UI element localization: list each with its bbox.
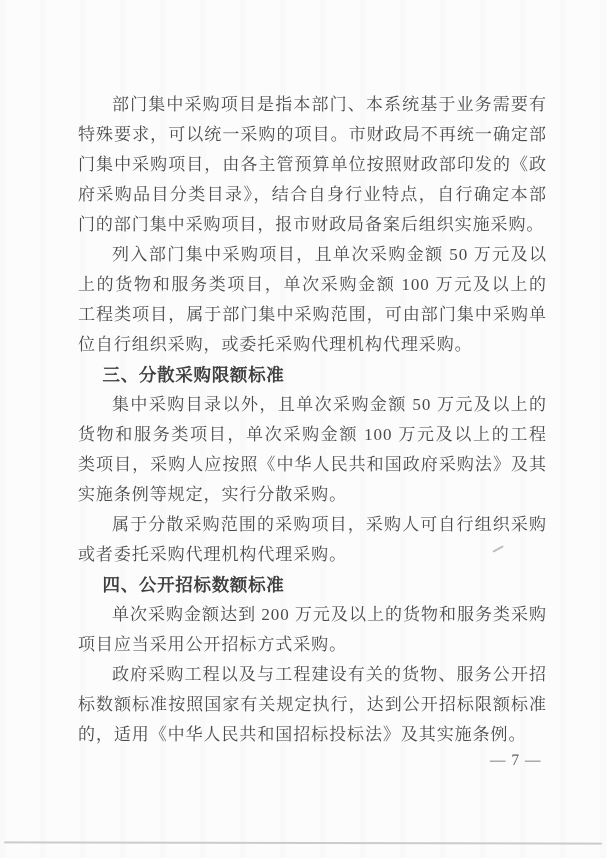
document-body: 部门集中采购项目是指本部门、本系统基于业务需要有特殊要求，可以统一采购的项目。市… [78, 90, 547, 750]
doc-paragraph: 列入部门集中采购项目，且单次采购金额 50 万元及以上的货物和服务类项目，单次采… [78, 240, 547, 360]
page-edge-shadow [4, 841, 602, 844]
doc-paragraph: 部门集中采购项目是指本部门、本系统基于业务需要有特殊要求，可以统一采购的项目。市… [78, 90, 547, 240]
page-number: — 7 — [490, 752, 542, 770]
section-heading-3: 三、分散采购限额标准 [78, 360, 547, 390]
section-heading-4: 四、公开招标数额标准 [78, 570, 547, 600]
doc-paragraph: 单次采购金额达到 200 万元及以上的货物和服务类采购项目应当采用公开招标方式采… [78, 600, 547, 660]
scanned-document-page: { "page": { "number_label": "— 7 —" }, "… [0, 0, 607, 858]
doc-paragraph: 集中采购目录以外，且单次采购金额 50 万元及以上的货物和服务类项目，单次采购金… [78, 390, 547, 510]
doc-paragraph: 属于分散采购范围的采购项目，采购人可自行组织采购或者委托采购代理机构代理采购。 [78, 510, 547, 570]
doc-paragraph: 政府采购工程以及与工程建设有关的货物、服务公开招标数额标准按照国家有关规定执行，… [78, 660, 547, 750]
